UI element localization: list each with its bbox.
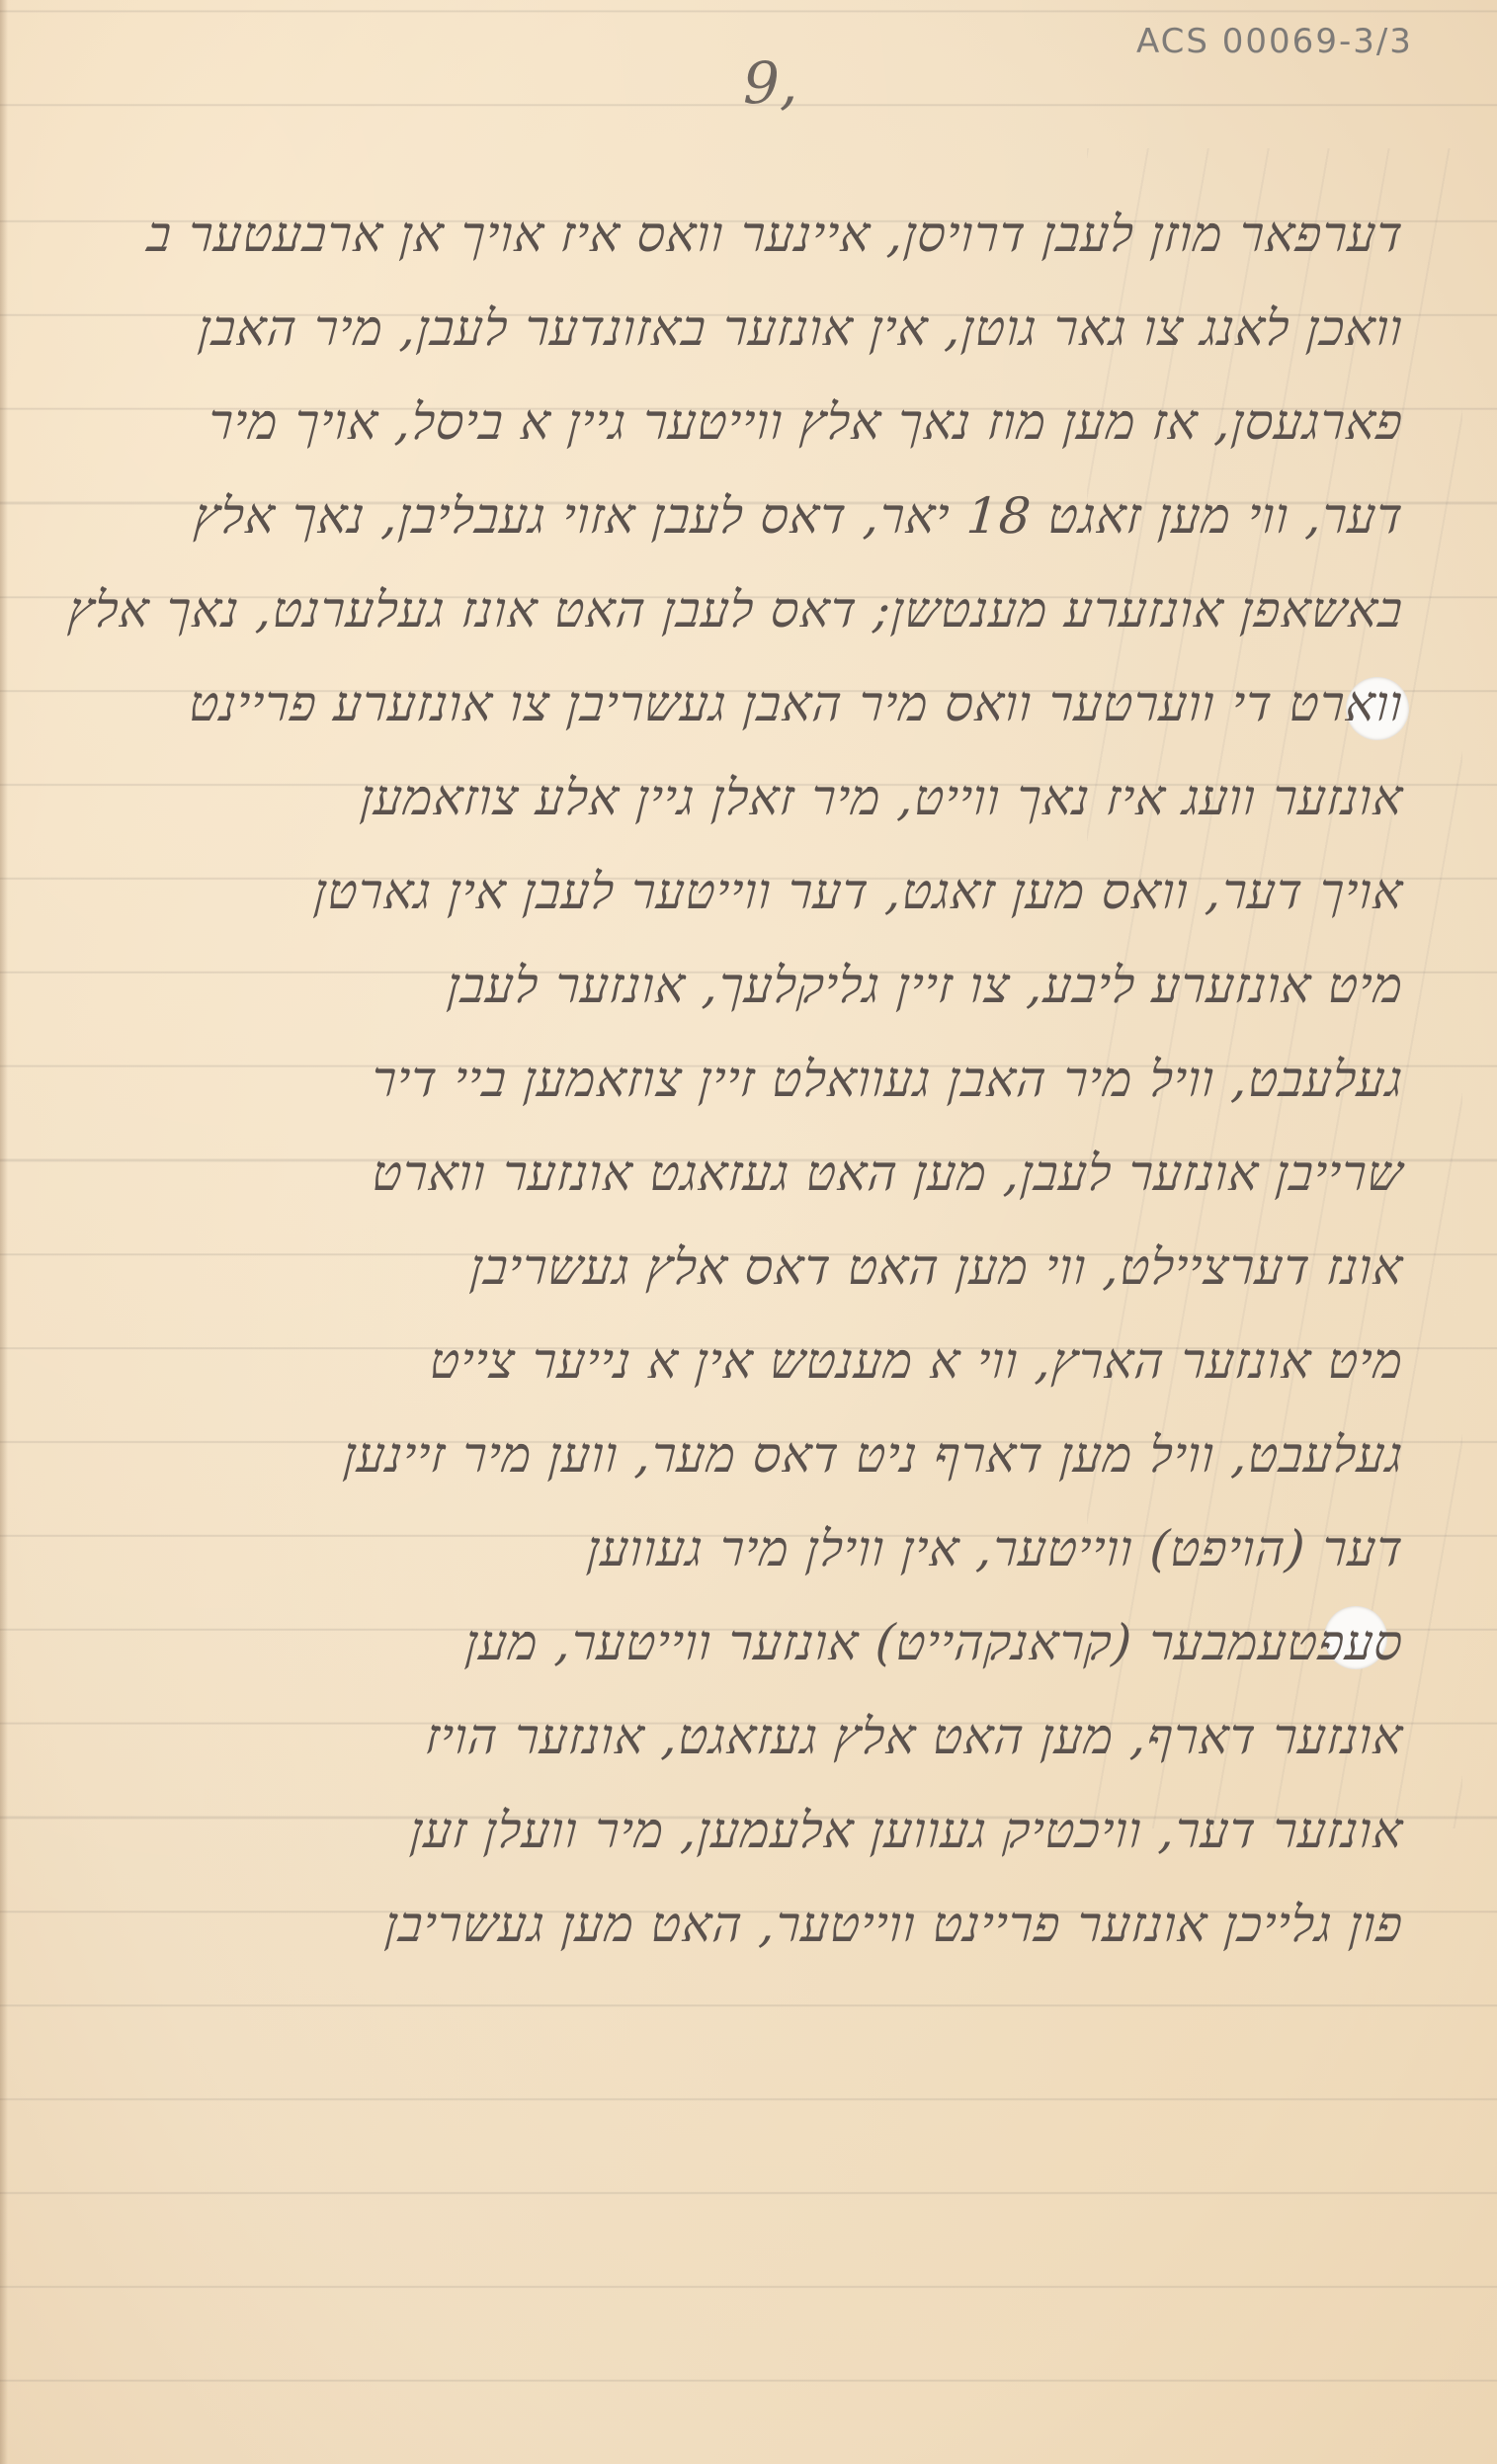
handwritten-line: באשאפן אונזערע מענטשן; דאס לעבן האט אונז… bbox=[37, 563, 1447, 657]
handwritten-line: מיט אונזערע ליבע, צו זיין גליקלעך, אונזע… bbox=[37, 939, 1447, 1033]
handwritten-line: סעפטעמבער (קראנקהייט) אונזער ווייטער, מע… bbox=[37, 1596, 1447, 1690]
handwritten-line: געלעבט, וויל מען דארף ניט דאס מער, ווען … bbox=[37, 1408, 1447, 1502]
archive-id-label: ACS 00069-3/3 bbox=[1136, 22, 1413, 61]
handwritten-line: אויך דער, וואס מען זאגט, דער ווייטער לעב… bbox=[37, 845, 1447, 939]
handwritten-text-body: דערפאר מוזן לעבן דרויסן, איינער וואס איז… bbox=[40, 188, 1443, 1972]
handwritten-line: מיט אונזער הארץ, ווי א מענטש אין א נייער… bbox=[37, 1315, 1447, 1408]
handwritten-line: שרייבן אונזער לעבן, מען האט געזאגט אונזע… bbox=[37, 1127, 1447, 1221]
handwritten-line: וואכן לאנג צו גאר גוטן, אין אונזער באזונ… bbox=[37, 282, 1447, 376]
paper-left-edge bbox=[0, 0, 8, 2464]
handwritten-line: אונזער דארף, מען האט אלץ געזאגט, אונזער … bbox=[37, 1690, 1447, 1784]
handwritten-line: אונזער וועג איז נאך ווייט, מיר זאלן גיין… bbox=[37, 751, 1447, 845]
handwritten-line: געלעבט, וויל מיר האבן געוואלט זיין צוזאמ… bbox=[37, 1033, 1447, 1127]
handwritten-line: אונזער דער, וויכטיק געווען אלעמען, מיר ו… bbox=[37, 1784, 1447, 1878]
handwritten-line: פון גלייכן אונזער פריינט ווייטער, האט מע… bbox=[37, 1878, 1447, 1972]
handwritten-line: פארגעסן, אז מען מוז נאך אלץ ווייטער גיין… bbox=[37, 376, 1447, 469]
page-number: 9, bbox=[743, 49, 797, 117]
handwritten-line: דער (הויפט) ווייטער, אין ווילן מיר געווע… bbox=[37, 1502, 1447, 1596]
handwritten-line: ווארט די ווערטער וואס מיר האבן געשריבן צ… bbox=[37, 657, 1447, 751]
handwritten-line: אונז דערציילט, ווי מען האט דאס אלץ געשרי… bbox=[37, 1221, 1447, 1315]
letter-page: ACS 00069-3/3 9, דערפאר מוזן לעבן דרויסן… bbox=[0, 0, 1497, 2464]
handwritten-line: דער, ווי מען זאגט 18 יאר, דאס לעבן אזוי … bbox=[37, 469, 1447, 563]
handwritten-line: דערפאר מוזן לעבן דרויסן, איינער וואס איז… bbox=[37, 188, 1447, 282]
